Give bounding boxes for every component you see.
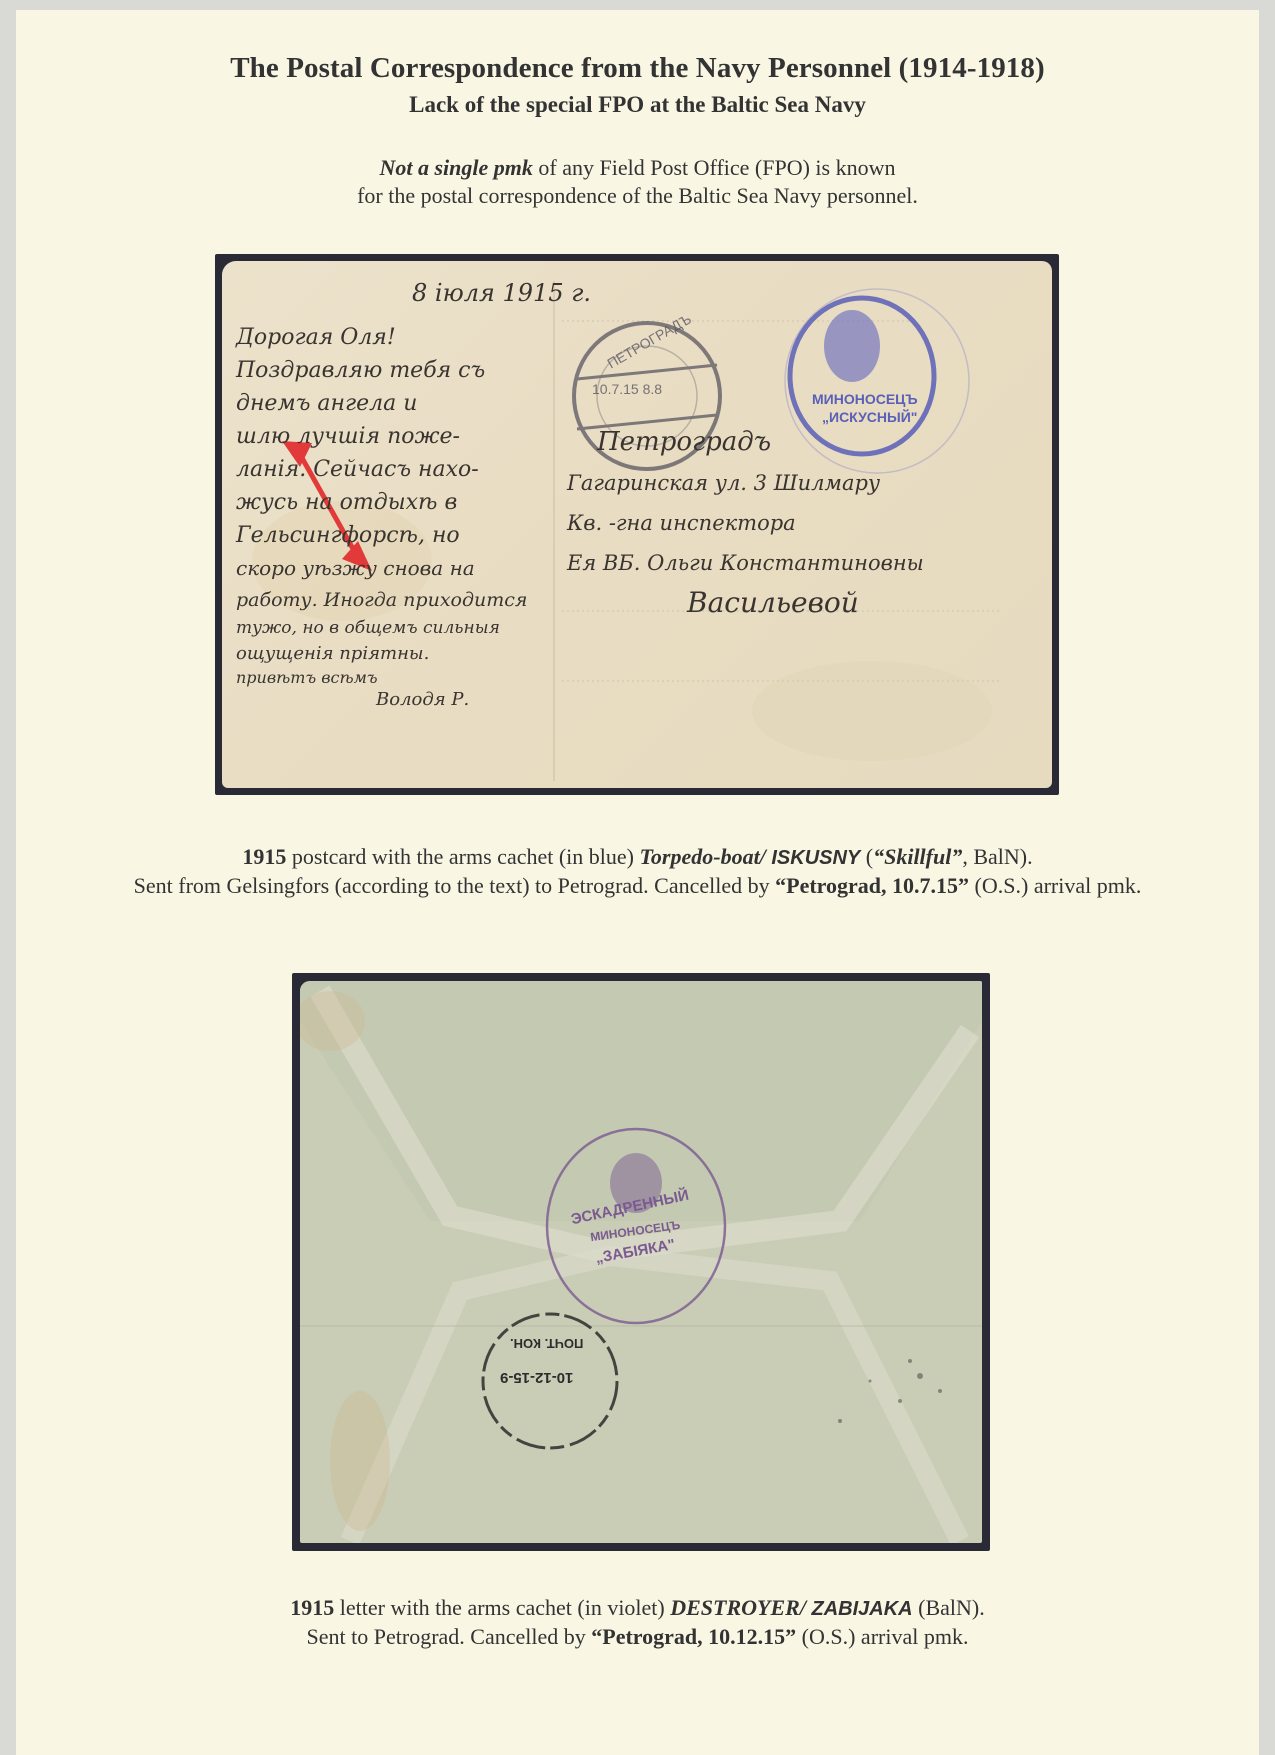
caption-text: (O.S.) arrival pmk.	[969, 873, 1141, 898]
caption-text: letter with the arms cachet (in violet)	[334, 1595, 670, 1620]
message-line: работу. Иногда приходится	[236, 585, 556, 615]
message-line: тужо, но в общемъ сильныя	[236, 615, 556, 641]
caption-text: (O.S.) arrival pmk.	[796, 1624, 968, 1649]
intro-text: Not a single pmk of any Field Post Offic…	[16, 154, 1259, 210]
caption-ship-name: ISKUSNY	[766, 847, 860, 869]
caption-text: , BalN).	[962, 844, 1032, 869]
caption-ship-name: ZABIJAKA	[806, 1598, 913, 1620]
signature: Володя Р.	[376, 689, 696, 711]
album-page: The Postal Correspondence from the Navy …	[16, 10, 1259, 1755]
envelope-image: ЭСКАДРЕННЫЙ МИНОНОСЕЦЪ „ЗАБIЯКА" 10-12-1…	[292, 973, 990, 1551]
message-line: ощущенiя прiятны.	[236, 641, 556, 667]
caption-pmk: “Petrograd, 10.7.15”	[775, 873, 969, 898]
envelope-artwork	[300, 981, 982, 1543]
cachet-line1: МИНОНОСЕЦЪ	[812, 391, 918, 407]
postcard-date: 8 iюля 1915 г.	[412, 279, 591, 307]
caption-text: Sent from Gelsingfors (according to the …	[134, 873, 776, 898]
postmark-date: 10-12-15-9	[500, 1369, 573, 1386]
address-line: Васильевой	[687, 583, 1044, 623]
caption-text: (BalN).	[913, 1595, 985, 1620]
caption-year: 1915	[290, 1595, 334, 1620]
intro-line1: of any Field Post Office (FPO) is known	[533, 155, 896, 180]
message-line: Дорогая Оля!	[236, 321, 556, 354]
caption-year: 1915	[242, 844, 286, 869]
caption-ship-type: Torpedo-boat/	[640, 844, 766, 869]
address-line: Петроградъ	[597, 421, 954, 463]
caption-text: (	[860, 844, 873, 869]
postcard-caption: 1915 postcard with the arms cachet (in b…	[16, 843, 1259, 899]
message-line: ланiя. Сейчасъ нахо-	[236, 453, 556, 486]
postcard-message: Дорогая Оля! Поздравляю тебя съ днемъ ан…	[236, 321, 556, 711]
address-line: Кв. -гна инспектора	[567, 503, 924, 543]
message-line: днемъ ангела и	[236, 387, 556, 420]
postcard-image: 8 iюля 1915 г. Дорогая Оля! Поздравляю т…	[215, 254, 1059, 795]
postmark-date: 10.7.15 8.8	[592, 381, 662, 397]
address-line: Гагаринская ул. 3 Шилмару	[567, 463, 924, 503]
caption-translation: “Skillful”	[873, 844, 962, 869]
intro-emphasis: Not a single pmk	[380, 155, 533, 180]
message-line: привѣтъ всѣмъ	[236, 667, 556, 689]
page-title: The Postal Correspondence from the Navy …	[16, 52, 1259, 85]
message-line: жусь на отдыхѣ в	[236, 486, 556, 519]
message-line: шлю лучшiя пожe-	[236, 420, 556, 453]
message-line: Поздравляю тебя съ	[236, 354, 556, 387]
address-line: Ея ВБ. Ольги Константиновны	[567, 543, 924, 583]
caption-pmk: “Petrograd, 10.12.15”	[591, 1624, 796, 1649]
caption-text: postcard with the arms cachet (in blue)	[286, 844, 639, 869]
postmark-office: ПОЧТ. КОН.	[510, 1336, 583, 1351]
envelope-caption: 1915 letter with the arms cachet (in vio…	[16, 1594, 1259, 1650]
intro-line2: for the postal correspondence of the Bal…	[16, 182, 1259, 210]
page-subtitle: Lack of the special FPO at the Baltic Se…	[16, 92, 1259, 118]
message-line: скоро уѣзжу снова на	[236, 552, 556, 585]
postcard-address: Петроградъ Гагаринская ул. 3 Шилмару Кв.…	[567, 421, 924, 623]
caption-text: Sent to Petrograd. Cancelled by	[307, 1624, 592, 1649]
caption-ship-type: DESTROYER/	[670, 1595, 806, 1620]
message-line: Гельсингфорсѣ, но	[236, 519, 556, 552]
